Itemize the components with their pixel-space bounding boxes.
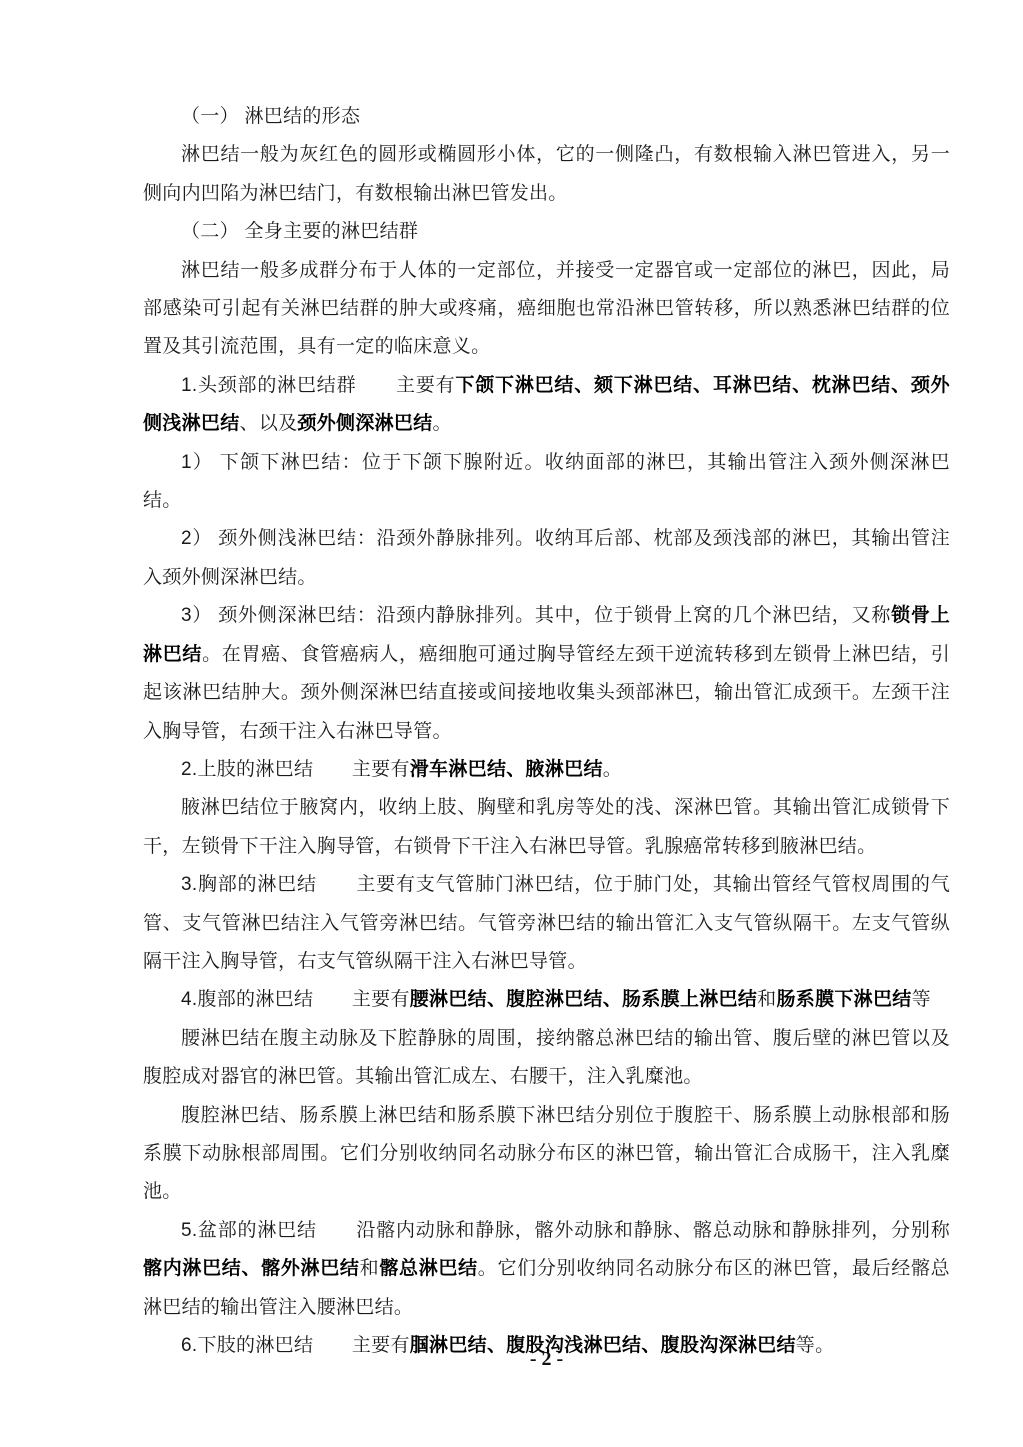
text-run: （一） 淋巴结的形态	[181, 106, 360, 127]
paragraph-pelvic-lymph-nodes: 5.盆部的淋巴结 沿髂内动脉和静脉，髂外动脉和静脉、髂总动脉和静脉排列，分别称髂…	[143, 1212, 950, 1327]
text-run: 和	[757, 989, 776, 1010]
bold-term: 颈外侧深淋巴结	[297, 413, 432, 434]
paragraph-lymph-node-distribution: 淋巴结一般多成群分布于人体的一定部位，并接受一定器官或一定部位的淋巴，因此，局部…	[143, 252, 950, 367]
paragraph-submandibular-nodes: 1） 下颌下淋巴结：位于下颌下腺附近。收纳面部的淋巴，其输出管注入颈外侧深淋巴结…	[143, 444, 950, 521]
text-run: 腹腔淋巴结、肠系膜上淋巴结和肠系膜下淋巴结分别位于腹腔干、肠系膜上动脉根部和肠系…	[143, 1105, 950, 1203]
paragraph-lymph-node-shape: 淋巴结一般为灰红色的圆形或椭圆形小体，它的一侧隆凸，有数根输入淋巴管进入，另一侧…	[143, 136, 950, 213]
bold-term: 腰淋巴结、腹腔淋巴结、肠系膜上淋巴结	[410, 989, 757, 1010]
paragraph-abdominal-lymph-nodes: 4.腹部的淋巴结 主要有腰淋巴结、腹腔淋巴结、肠系膜上淋巴结和肠系膜下淋巴结等	[143, 981, 950, 1019]
paragraph-deep-lateral-cervical-nodes: 3） 颈外侧深淋巴结：沿颈内静脉排列。其中，位于锁骨上窝的几个淋巴结，又称锁骨上…	[143, 597, 950, 751]
paragraph-axillary-nodes: 腋淋巴结位于腋窝内，收纳上肢、胸壁和乳房等处的浅、深淋巴管。其输出管汇成锁骨下干…	[143, 789, 950, 866]
paragraph-celiac-mesenteric-nodes: 腹腔淋巴结、肠系膜上淋巴结和肠系膜下淋巴结分别位于腹腔干、肠系膜上动脉根部和肠系…	[143, 1097, 950, 1212]
text-run: 腋淋巴结位于腋窝内，收纳上肢、胸壁和乳房等处的浅、深淋巴管。其输出管汇成锁骨下干…	[143, 797, 950, 856]
text-run: 、以及	[240, 413, 298, 434]
text-run: 淋巴结一般为灰红色的圆形或椭圆形小体，它的一侧隆凸，有数根输入淋巴管进入，另一侧…	[143, 144, 950, 203]
text-run: 等	[912, 989, 931, 1010]
paragraph-superficial-lateral-cervical-nodes: 2） 颈外侧浅淋巴结：沿颈外静脉排列。收纳耳后部、枕部及颈浅部的淋巴，其输出管注…	[143, 520, 950, 597]
text-run: 和	[360, 1258, 380, 1279]
text-run: 1.头颈部的淋巴结群 主要有	[181, 375, 455, 396]
bold-term: 肠系膜下淋巴结	[776, 989, 911, 1010]
text-run: 3） 颈外侧深淋巴结：沿颈内静脉排列。其中，位于锁骨上窝的几个淋巴结，又称	[181, 605, 891, 626]
document-body: （一） 淋巴结的形态淋巴结一般为灰红色的圆形或椭圆形小体，它的一侧隆凸，有数根输…	[143, 98, 950, 1365]
paragraph-head-neck-lymph-nodes: 1.头颈部的淋巴结群 主要有下颌下淋巴结、颏下淋巴结、耳淋巴结、枕淋巴结、颈外侧…	[143, 367, 950, 444]
text-run: 。	[433, 413, 452, 434]
section-heading-lymph-node-shape: （一） 淋巴结的形态	[143, 98, 950, 136]
text-run: 1） 下颌下淋巴结：位于下颌下腺附近。收纳面部的淋巴，其输出管注入颈外侧深淋巴结…	[143, 452, 950, 511]
document-page: （一） 淋巴结的形态淋巴结一般为灰红色的圆形或椭圆形小体，它的一侧隆凸，有数根输…	[0, 0, 1023, 1447]
text-run: 2.上肢的淋巴结 主要有	[181, 759, 410, 780]
paragraph-upper-limb-lymph-nodes: 2.上肢的淋巴结 主要有滑车淋巴结、腋淋巴结。	[143, 751, 950, 789]
paragraph-thoracic-lymph-nodes: 3.胸部的淋巴结 主要有支气管肺门淋巴结，位于肺门处，其输出管经气管杈周围的气管…	[143, 866, 950, 981]
text-run: 淋巴结一般多成群分布于人体的一定部位，并接受一定器官或一定部位的淋巴，因此，局部…	[143, 260, 950, 358]
section-heading-major-lymph-node-groups: （二） 全身主要的淋巴结群	[143, 213, 950, 251]
text-run: 5.盆部的淋巴结 沿髂内动脉和静脉，髂外动脉和静脉、髂总动脉和静脉排列，分别称	[181, 1220, 950, 1241]
text-run: 。在胃癌、食管癌病人，癌细胞可通过胸导管经左颈干逆流转移到左锁骨上淋巴结，引起该…	[143, 644, 950, 742]
text-run: 4.腹部的淋巴结 主要有	[181, 989, 410, 1010]
text-run: （二） 全身主要的淋巴结群	[181, 221, 418, 242]
bold-term: 髂内淋巴结、髂外淋巴结	[143, 1258, 360, 1279]
text-run: 腰淋巴结在腹主动脉及下腔静脉的周围，接纳髂总淋巴结的输出管、腹后壁的淋巴管以及腹…	[143, 1028, 950, 1087]
bold-term: 滑车淋巴结、腋淋巴结	[410, 759, 603, 780]
text-run: 2） 颈外侧浅淋巴结：沿颈外静脉排列。收纳耳后部、枕部及颈浅部的淋巴，其输出管注…	[143, 528, 950, 587]
page-number: - 2 -	[143, 1348, 950, 1371]
paragraph-lumbar-nodes: 腰淋巴结在腹主动脉及下腔静脉的周围，接纳髂总淋巴结的输出管、腹后壁的淋巴管以及腹…	[143, 1020, 950, 1097]
text-run: 。	[603, 759, 622, 780]
text-run: 3.胸部的淋巴结 主要有支气管肺门淋巴结，位于肺门处，其输出管经气管杈周围的气管…	[143, 874, 950, 972]
bold-term: 髂总淋巴结	[379, 1258, 477, 1279]
